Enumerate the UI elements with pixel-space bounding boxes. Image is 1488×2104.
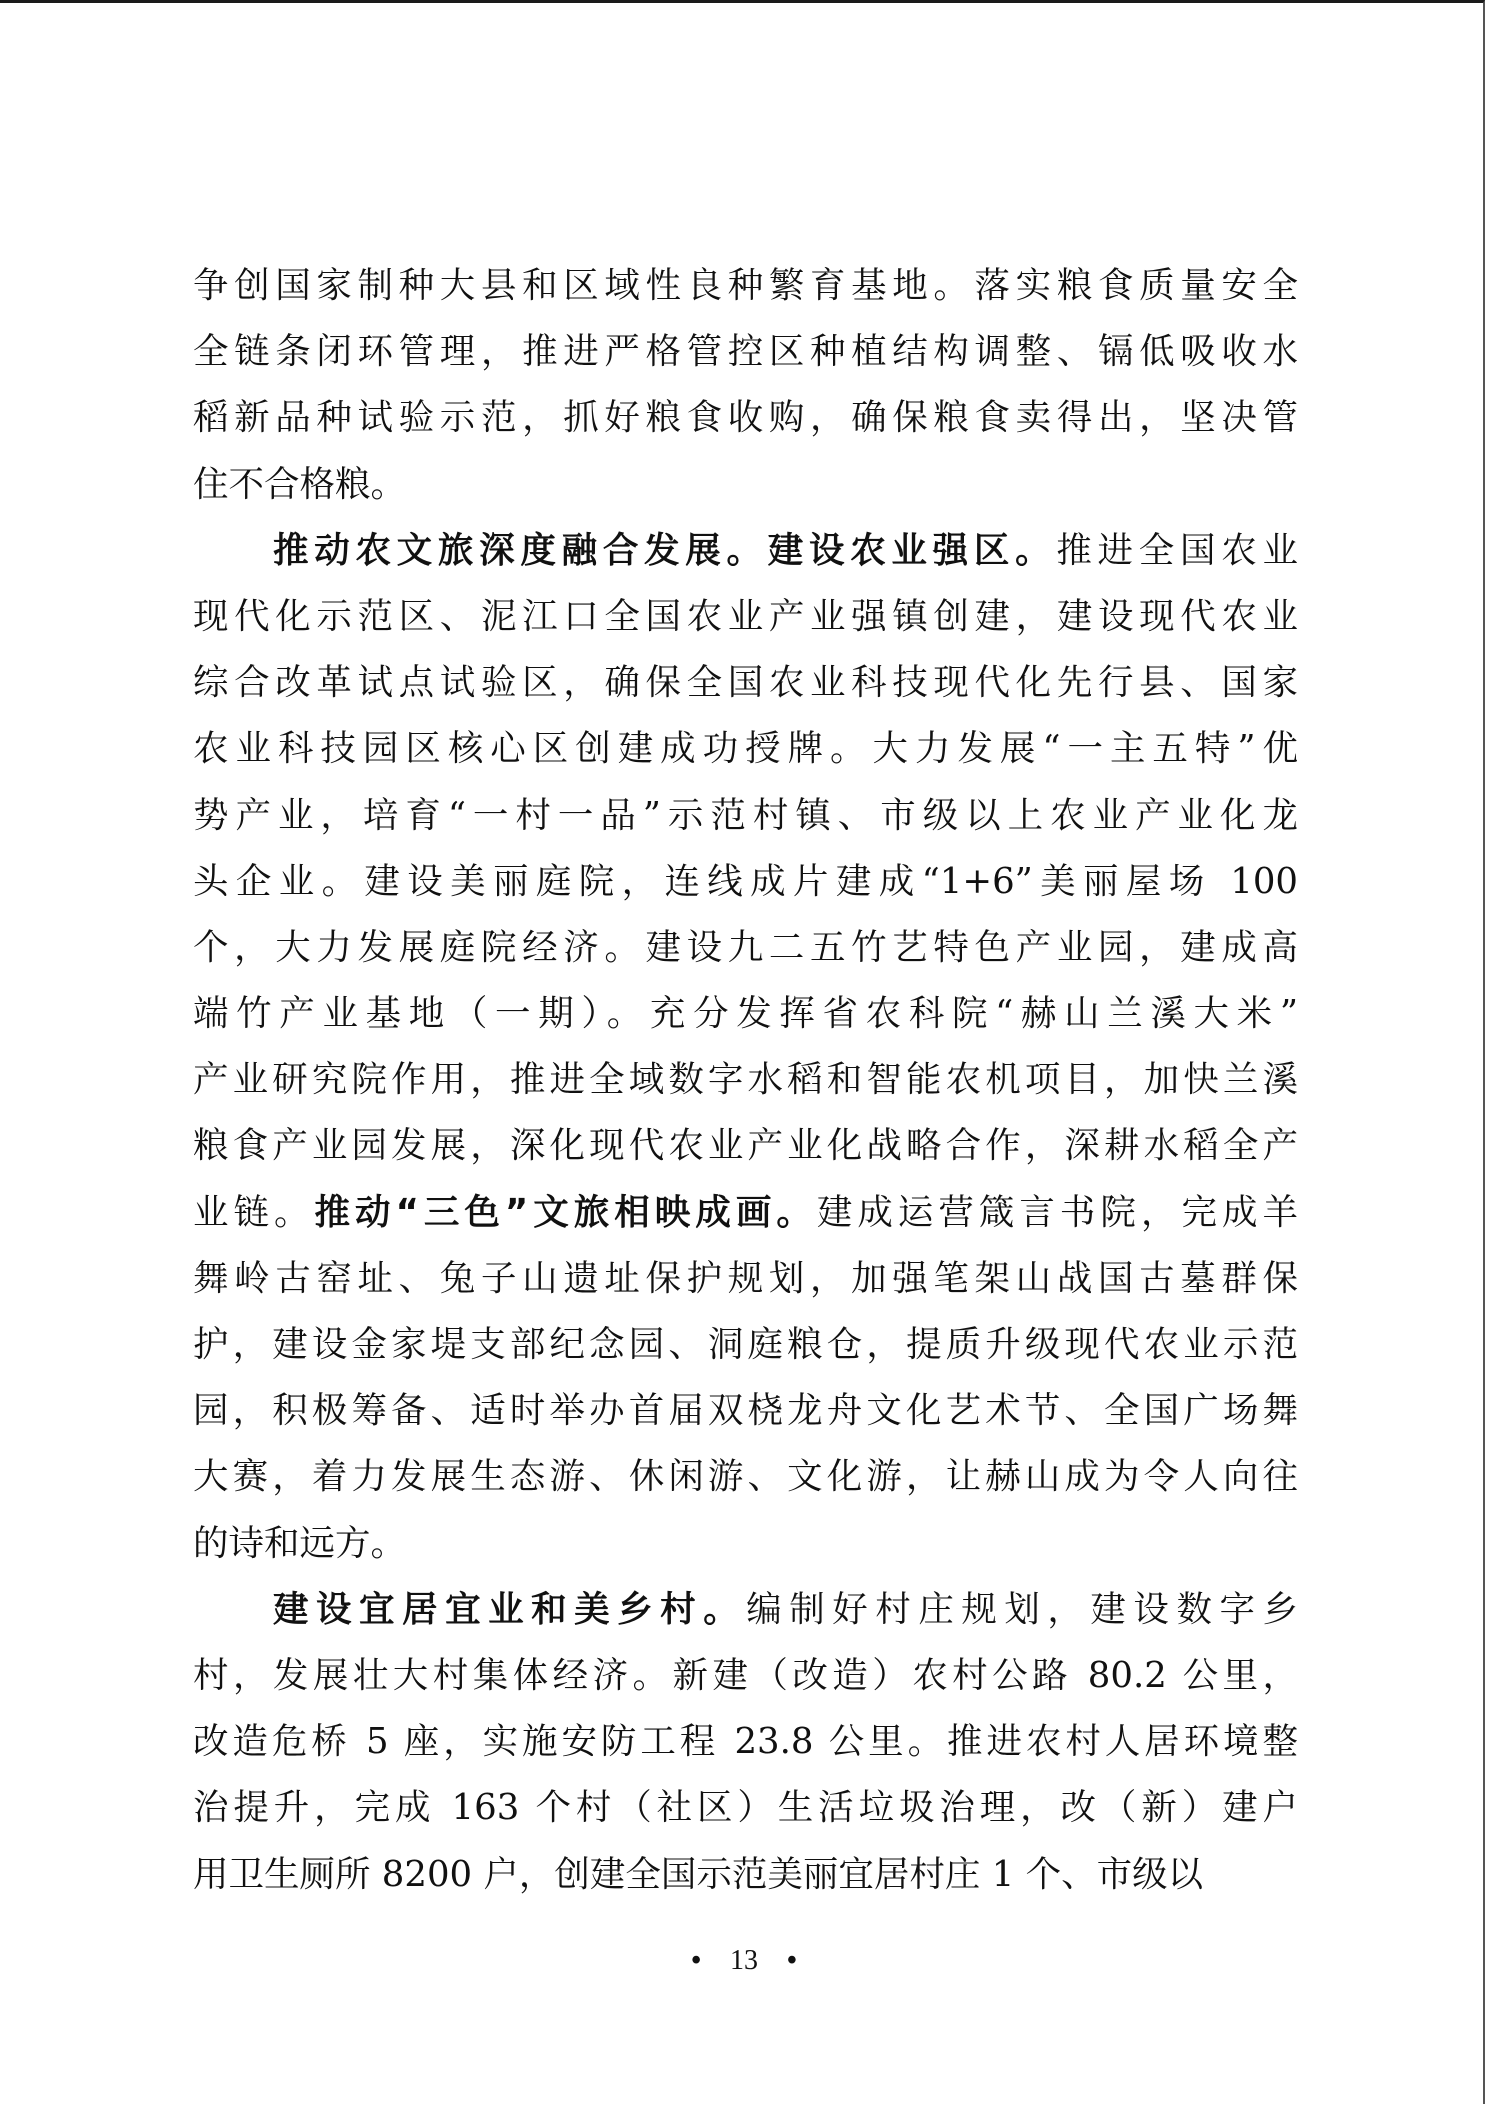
- text-run: 全链条闭环管理，推进严格管控区种植结构调整、镉低吸收水: [193, 331, 1298, 372]
- page-number: 13: [730, 1945, 758, 1976]
- text-run: 势产业，培育“一村一品”示范村镇、市级以上农业产业化龙: [193, 795, 1298, 836]
- document-page: 争创国家制种大县和区域性良种繁育基地。落实粮食质量安全全链条闭环管理，推进严格管…: [0, 0, 1485, 2104]
- text-line: 园，积极筹备、适时举办首届双桡龙舟文化艺术节、全国广场舞: [193, 1378, 1298, 1444]
- page-number-bullet-left: •: [691, 1945, 701, 1977]
- text-line: 农业科技园区核心区创建成功授牌。大力发展“一主五特”优: [193, 716, 1298, 782]
- text-line: 综合改革试点试验区，确保全国农业科技现代化先行县、国家: [193, 650, 1298, 716]
- page-number-bullet-right: •: [787, 1945, 797, 1977]
- text-line: 粮食产业园发展，深化现代农业产业化战略合作，深耕水稻全产: [193, 1113, 1298, 1179]
- text-run: 的诗和远方。: [193, 1523, 406, 1564]
- text-run: 头企业。建设美丽庭院，连线成片建成“1+6”美丽屋场 100: [193, 861, 1298, 902]
- text-run: 争创国家制种大县和区域性良种繁育基地。落实粮食质量安全: [193, 265, 1298, 306]
- text-line: 舞岭古窑址、兔子山遗址保护规划，加强笔架山战国古墓群保: [193, 1246, 1298, 1312]
- text-line: 端竹产业基地（一期）。充分发挥省农科院“赫山兰溪大米”: [193, 981, 1298, 1047]
- text-run: 建成运营箴言书院，完成羊: [817, 1192, 1298, 1233]
- text-run: 护，建设金家堤支部纪念园、洞庭粮仓，提质升级现代农业示范: [193, 1324, 1298, 1365]
- text-line: 护，建设金家堤支部纪念园、洞庭粮仓，提质升级现代农业示范: [193, 1312, 1298, 1378]
- text-run: 端竹产业基地（一期）。充分发挥省农科院“赫山兰溪大米”: [193, 993, 1298, 1034]
- text-line: 势产业，培育“一村一品”示范村镇、市级以上农业产业化龙: [193, 783, 1298, 849]
- text-line: 治提升，完成 163 个村（社区）生活垃圾治理，改（新）建户: [193, 1775, 1298, 1841]
- heading-run: 推动“三色”文旅相映成画。: [315, 1192, 817, 1233]
- text-run: 产业研究院作用，推进全域数字水稻和智能农机项目，加快兰溪: [193, 1059, 1298, 1100]
- text-run: 用卫生厕所 8200 户，创建全国示范美丽宜居村庄 1 个、市级以: [193, 1854, 1203, 1895]
- text-run: 农业科技园区核心区创建成功授牌。大力发展“一主五特”优: [193, 728, 1298, 769]
- text-line: 用卫生厕所 8200 户，创建全国示范美丽宜居村庄 1 个、市级以: [193, 1842, 1298, 1908]
- text-run: 业链。: [193, 1192, 315, 1233]
- text-line: 村，发展壮大村集体经济。新建（改造）农村公路 80.2 公里，: [193, 1643, 1298, 1709]
- text-line: 大赛，着力发展生态游、休闲游、文化游，让赫山成为令人向往: [193, 1444, 1298, 1510]
- text-run: 治提升，完成 163 个村（社区）生活垃圾治理，改（新）建户: [193, 1787, 1298, 1828]
- text-line: 的诗和远方。: [193, 1511, 1298, 1577]
- text-line: 建设宜居宜业和美乡村。编制好村庄规划，建设数字乡: [193, 1577, 1298, 1643]
- text-line: 稻新品种试验示范，抓好粮食收购，确保粮食卖得出，坚决管: [193, 385, 1298, 451]
- text-line: 业链。推动“三色”文旅相映成画。建成运营箴言书院，完成羊: [193, 1180, 1298, 1246]
- text-line: 产业研究院作用，推进全域数字水稻和智能农机项目，加快兰溪: [193, 1047, 1298, 1113]
- text-run: 村，发展壮大村集体经济。新建（改造）农村公路 80.2 公里，: [193, 1655, 1298, 1696]
- text-line: 争创国家制种大县和区域性良种繁育基地。落实粮食质量安全: [193, 253, 1298, 319]
- page-footer: • 13 •: [0, 1945, 1488, 1977]
- text-run: 综合改革试点试验区，确保全国农业科技现代化先行县、国家: [193, 662, 1298, 703]
- text-run: 个，大力发展庭院经济。建设九二五竹艺特色产业园，建成高: [193, 927, 1298, 968]
- text-line: 头企业。建设美丽庭院，连线成片建成“1+6”美丽屋场 100: [193, 849, 1298, 915]
- text-run: 编制好村庄规划，建设数字乡: [746, 1589, 1298, 1630]
- text-line: 个，大力发展庭院经济。建设九二五竹艺特色产业园，建成高: [193, 915, 1298, 981]
- text-run: 现代化示范区、泥江口全国农业产业强镇创建，建设现代农业: [193, 596, 1298, 637]
- document-body: 争创国家制种大县和区域性良种繁育基地。落实粮食质量安全全链条闭环管理，推进严格管…: [193, 253, 1298, 1908]
- text-line: 推动农文旅深度融合发展。建设农业强区。推进全国农业: [193, 518, 1298, 584]
- text-line: 改造危桥 5 座，实施安防工程 23.8 公里。推进农村人居环境整: [193, 1709, 1298, 1775]
- heading-run: 建设农业强区。: [768, 530, 1057, 571]
- text-run: 改造危桥 5 座，实施安防工程 23.8 公里。推进农村人居环境整: [193, 1721, 1298, 1762]
- text-run: 稻新品种试验示范，抓好粮食收购，确保粮食卖得出，坚决管: [193, 397, 1298, 438]
- text-run: 舞岭古窑址、兔子山遗址保护规划，加强笔架山战国古墓群保: [193, 1258, 1298, 1299]
- text-run: 推进全国农业: [1056, 530, 1298, 571]
- text-run: 粮食产业园发展，深化现代农业产业化战略合作，深耕水稻全产: [193, 1125, 1298, 1166]
- text-run: 住不合格粮。: [193, 464, 406, 505]
- text-line: 现代化示范区、泥江口全国农业产业强镇创建，建设现代农业: [193, 584, 1298, 650]
- heading-run: 建设宜居宜业和美乡村。: [273, 1589, 746, 1630]
- heading-run: 推动农文旅深度融合发展。: [273, 530, 768, 571]
- text-line: 全链条闭环管理，推进严格管控区种植结构调整、镉低吸收水: [193, 319, 1298, 385]
- text-run: 园，积极筹备、适时举办首届双桡龙舟文化艺术节、全国广场舞: [193, 1390, 1298, 1431]
- text-run: 大赛，着力发展生态游、休闲游、文化游，让赫山成为令人向往: [193, 1456, 1298, 1497]
- text-line: 住不合格粮。: [193, 452, 1298, 518]
